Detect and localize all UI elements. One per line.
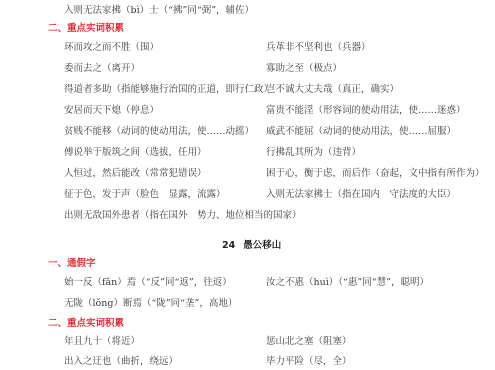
vocab-item: 傅说举于版筑之间（选拔，任用） (64, 147, 207, 159)
vocab-item: 威武不能屈（动词的使动用法，使……屈服） (266, 126, 456, 138)
vocab-item: 行拂乱其所为（违背） (266, 147, 361, 159)
lesson-title: 24愚公移山 (222, 240, 281, 252)
vocab-item: 无陇（lǒng）断焉（“陇”同“垄”，高地） (64, 298, 237, 310)
vocab-item: 征于色，发于声（脸色 显露，流露） (64, 189, 226, 201)
vocab-item: 汝之不惠（huì）（“惠”同“慧”，聪明） (266, 277, 429, 289)
vocab-item: 毕力平险（尽，全） (266, 356, 352, 368)
vocab-item: 岂不诚大丈夫哉（真正，确实） (266, 84, 399, 96)
vocab-item: 出入之迂也（曲折，绕远） (64, 356, 178, 368)
vocab-item: 入则无法家拂士（指在国内 守法度的大臣） (266, 189, 456, 201)
vocab-item: 得道者多助（指能够施行治国的正道，即行仁政） (64, 84, 273, 96)
vocab-item: 环而攻之而不胜（围） (64, 42, 159, 54)
lesson-number: 24 (222, 240, 235, 251)
text-line: 入则无法家拂（bì）士（“拂”同“弼”，辅佐） (64, 5, 254, 17)
vocab-item: 安居而天下熄（停息） (64, 105, 159, 117)
vocab-item: 困于心，衡于虑，而后作（奋起，文中指有所作为） (266, 168, 485, 180)
vocab-item: 富贵不能淫（形容词的使动用法，使……迷惑） (266, 105, 466, 117)
vocab-item: 惩山北之塞（阻塞） (266, 336, 352, 348)
section-heading: 一、通假字 (48, 258, 96, 270)
vocab-item: 年且九十（将近） (64, 336, 140, 348)
section-heading: 二、重点实词积累 (48, 318, 124, 330)
vocab-item: 人恒过，然后能改（常常犯错误） (64, 168, 207, 180)
lesson-name: 愚公移山 (243, 240, 281, 251)
vocab-item: 寡助之至（极点） (266, 63, 342, 75)
vocab-item: 兵革非不坚利也（兵器） (266, 42, 371, 54)
vocab-item: 贫贱不能移（动词的使动用法，使……动摇） (64, 126, 254, 138)
section-heading: 二、重点实词积累 (48, 23, 124, 35)
vocab-item: 始一反（fǎn）焉（“反”同“返”，往返） (64, 277, 232, 289)
vocab-item: 出则无敌国外患者（指在国外 势力、地位相当的国家） (64, 210, 302, 222)
vocab-item: 委而去之（离开） (64, 63, 140, 75)
